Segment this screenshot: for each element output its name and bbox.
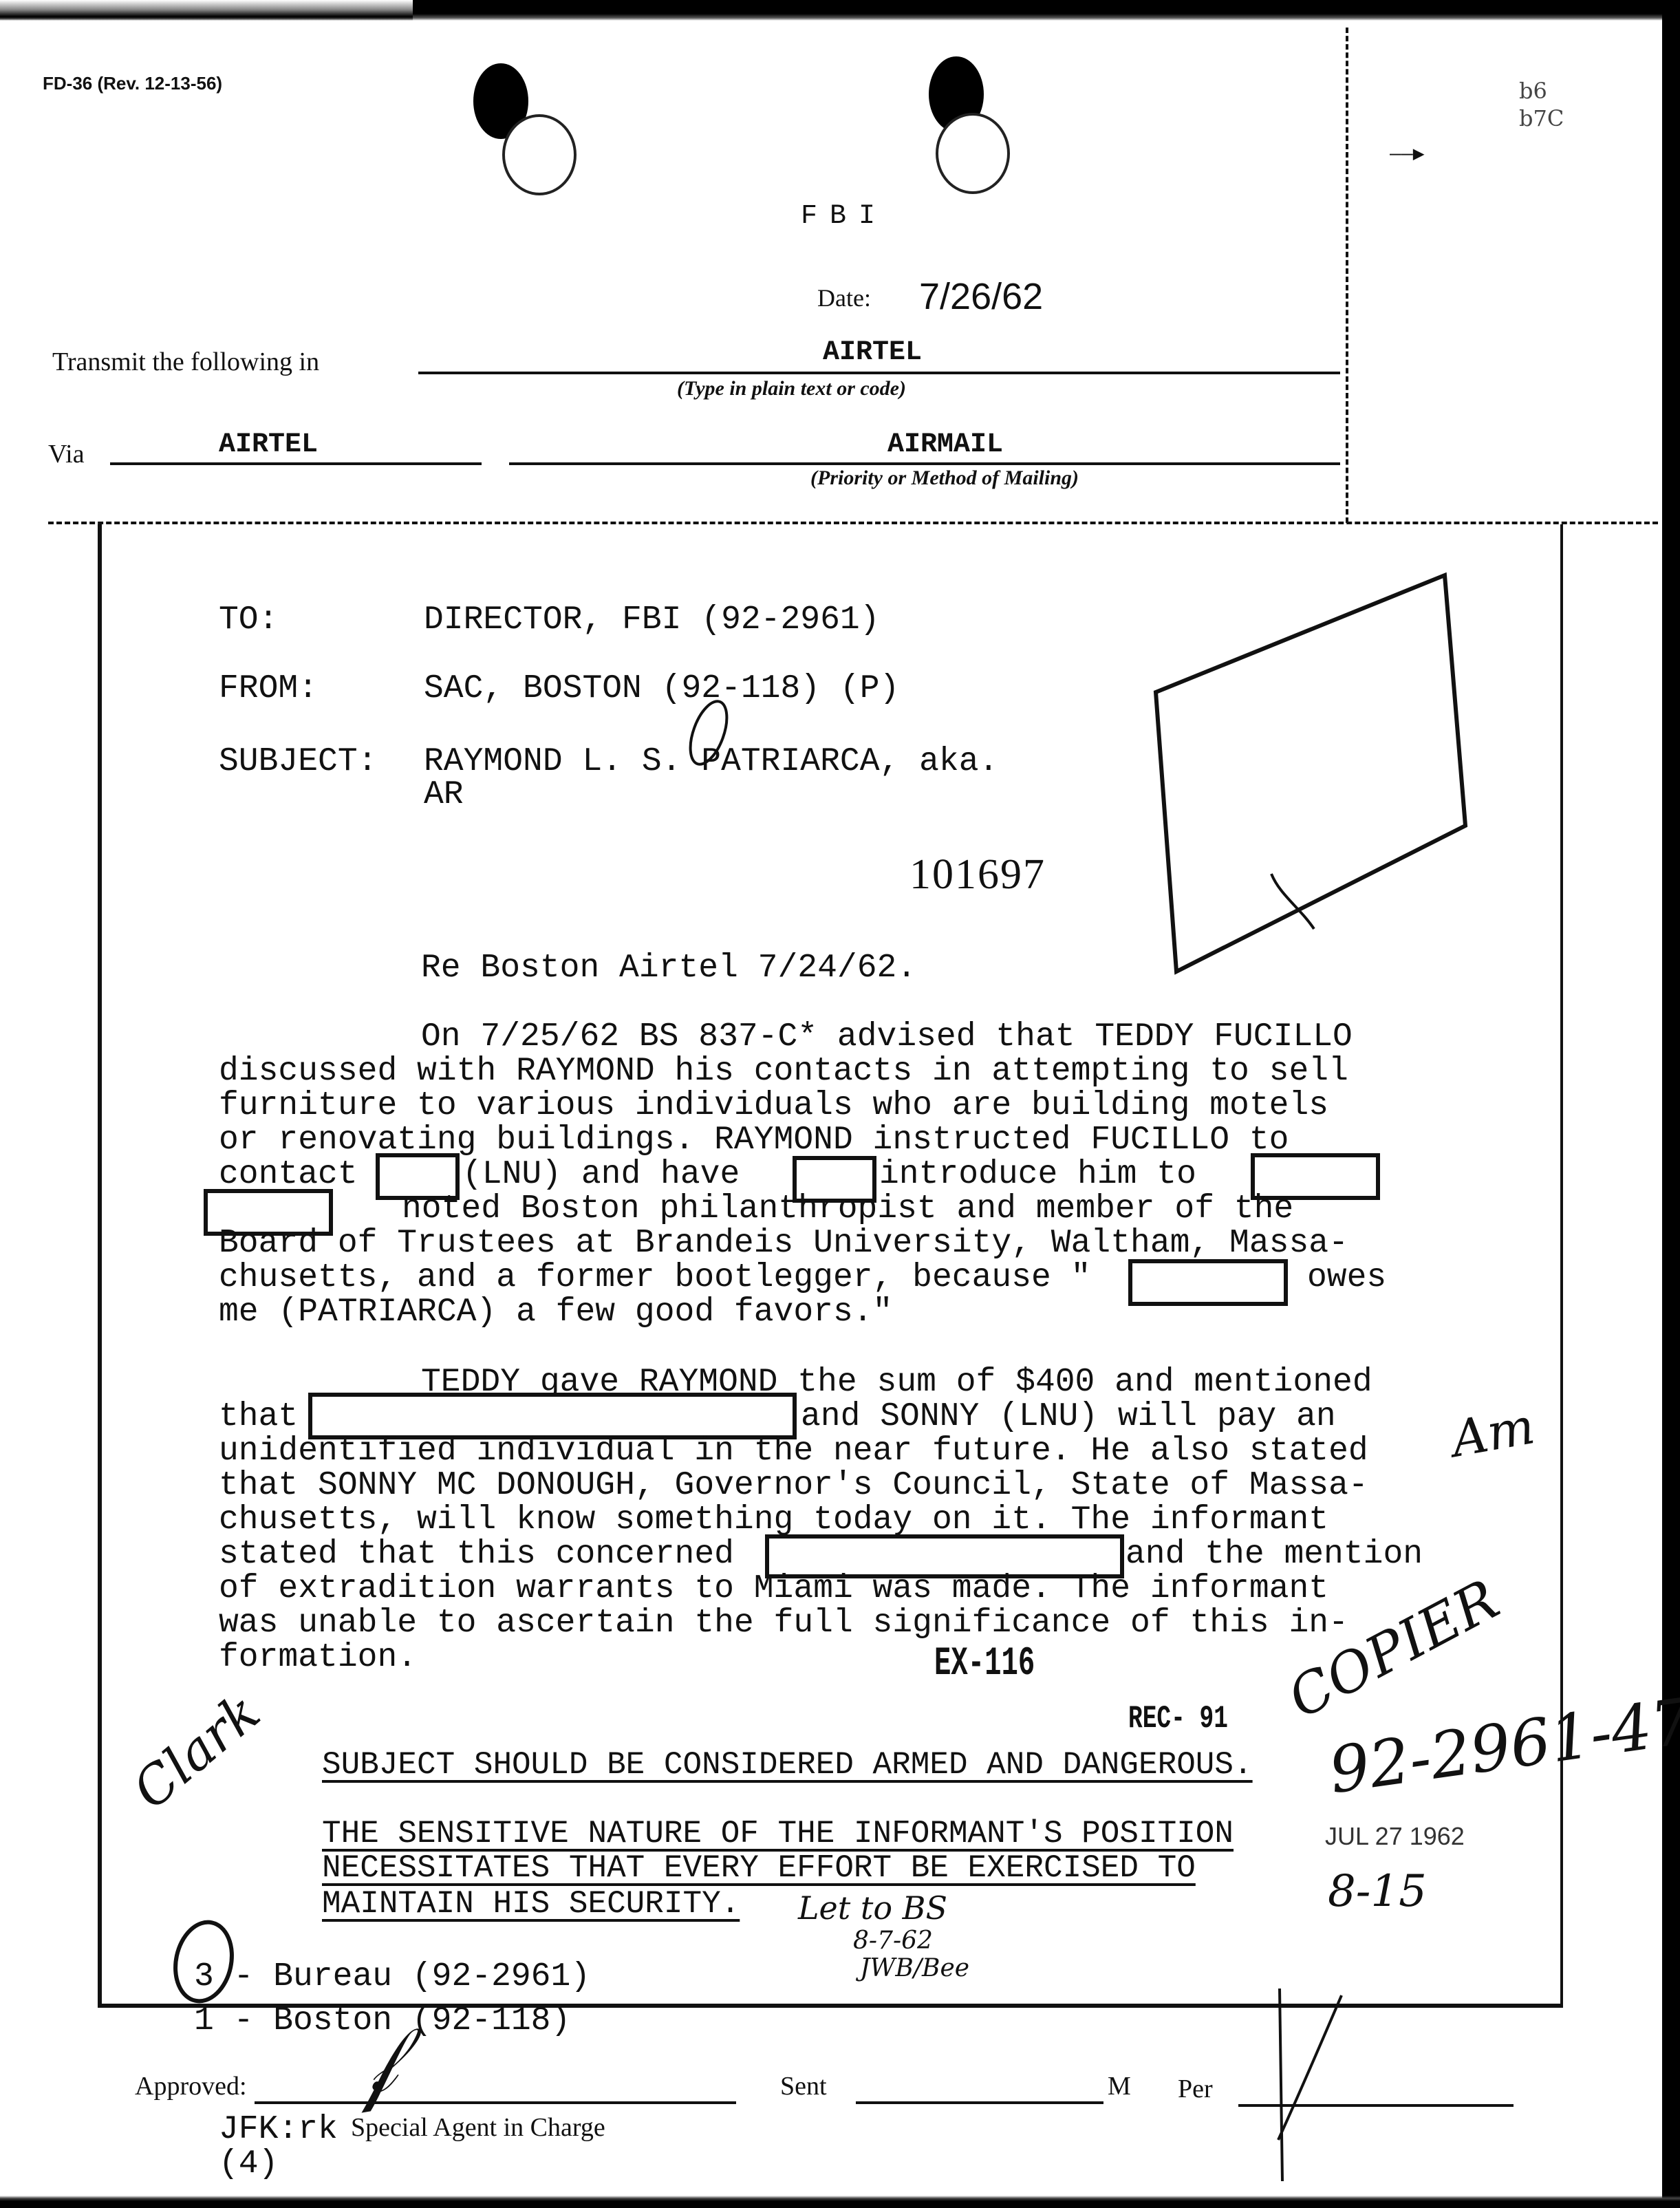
- p2-line-2b: and SONNY (LNU) will pay an: [801, 1400, 1336, 1434]
- punch-hole-ring-icon: [936, 113, 1010, 194]
- handwritten-routing-3: JWB/Bee: [860, 1954, 969, 1982]
- warning-security-line-1: THE SENSITIVE NATURE OF THE INFORMANT'S …: [322, 1816, 1234, 1851]
- p1-line-5c: introduce him to: [879, 1157, 1196, 1192]
- p2-line-2a: that: [219, 1400, 298, 1434]
- approved-signature-line: [255, 2101, 736, 2104]
- p2-line-5: chusetts, will know something today on i…: [219, 1503, 1328, 1537]
- p2-line-4: that SONNY MC DONOUGH, Governor's Counci…: [219, 1468, 1368, 1503]
- p1-line-2: discussed with RAYMOND his contacts in a…: [219, 1054, 1348, 1089]
- punch-hole-ring-icon: [502, 114, 577, 195]
- p1-line-5b: (LNU) and have: [462, 1157, 740, 1192]
- p1-line-8a: chusetts, and a former bootlegger, becau…: [219, 1261, 1090, 1295]
- p2-line-3: unidentified individual in the near futu…: [219, 1434, 1368, 1468]
- to-label: TO:: [219, 603, 278, 637]
- typist-initials: JFK:rk: [219, 2112, 338, 2147]
- transmit-label: Transmit the following in: [52, 347, 319, 377]
- p1-line-5a: contact: [219, 1157, 358, 1192]
- p2-line-7: of extradition warrants to Miami was mad…: [219, 1572, 1328, 1606]
- handwritten-circle-mark: [674, 695, 743, 771]
- date-received-stamp: JUL 27 1962: [1325, 1822, 1465, 1851]
- via-hint: (Priority or Method of Mailing): [810, 467, 1079, 490]
- transmit-line: [418, 372, 1340, 374]
- date-value: 7/26/62: [919, 275, 1043, 318]
- agency-heading: FBI: [801, 201, 887, 232]
- sent-label: Sent: [780, 2071, 827, 2101]
- scan-edge-right: [1662, 0, 1680, 2208]
- warning-security-line-2: NECESSITATES THAT EVERY EFFORT BE EXERCI…: [322, 1851, 1196, 1885]
- via-value: AIRTEL: [219, 429, 318, 460]
- scan-edge-top-left: [0, 0, 413, 21]
- handwritten-routing-2: 8-7-62: [853, 1927, 933, 1955]
- p1-line-4: or renovating buildings. RAYMOND instruc…: [219, 1123, 1289, 1157]
- p1-line-7: Board of Trustees at Brandeis University…: [219, 1226, 1348, 1261]
- p1-line-9: me (PATRIARCA) a few good favors.": [219, 1295, 892, 1329]
- p1-line-6: noted Boston philanthropist and member o…: [402, 1192, 1293, 1226]
- redaction-block: [1128, 1259, 1288, 1306]
- serial-number: 101697: [909, 850, 1046, 899]
- redaction-code: b6 b7C: [1519, 77, 1564, 132]
- date-label: Date:: [817, 283, 871, 312]
- p2-line-6b: and the mention: [1126, 1537, 1423, 1572]
- p2-line-6a: stated that this concerned: [219, 1537, 734, 1572]
- transmit-hint: (Type in plain text or code): [677, 377, 906, 400]
- m-label: M: [1108, 2071, 1131, 2101]
- header-divider-vertical: [1346, 28, 1348, 523]
- via-label: Via: [48, 439, 85, 469]
- distribution-bureau: 3 - Bureau (92-2961): [194, 1960, 590, 1994]
- subject-value-2: AR: [424, 778, 464, 812]
- p2-line-8: was unable to ascertain the full signifi…: [219, 1606, 1348, 1640]
- p1-line-3: furniture to various individuals who are…: [219, 1089, 1328, 1123]
- from-label: FROM:: [219, 672, 318, 706]
- handwritten-routing-1: Let to BS: [798, 1889, 947, 1927]
- p1-line-1: On 7/25/62 BS 837-C* advised that TEDDY …: [421, 1020, 1353, 1054]
- arrow-mark-icon: ——▶: [1390, 142, 1425, 164]
- scan-edge-bottom: [0, 2196, 1680, 2208]
- redaction-stamp-box: [1128, 564, 1472, 977]
- via-method-line: [509, 462, 1340, 465]
- form-code: FD-36 (Rev. 12-13-56): [43, 73, 222, 94]
- copy-count: (4): [219, 2147, 278, 2181]
- rec-stamp: REC- 91: [1128, 1701, 1228, 1737]
- ex-stamp: EX-116: [934, 1642, 1035, 1686]
- sac-label: Special Agent in Charge: [351, 2112, 605, 2143]
- per-signature-mark: [1238, 1982, 1376, 2188]
- warning-armed-dangerous: SUBJECT SHOULD BE CONSIDERED ARMED AND D…: [322, 1748, 1253, 1782]
- reference-line: Re Boston Airtel 7/24/62.: [421, 951, 916, 985]
- approved-label: Approved:: [135, 2071, 247, 2101]
- to-value: DIRECTOR, FBI (92-2961): [424, 603, 880, 637]
- from-value: SAC, BOSTON (92-118) (P): [424, 672, 899, 706]
- p1-line-8b: owes: [1307, 1261, 1386, 1295]
- warning-security-line-3: MAINTAIN HIS SECURITY.: [322, 1887, 740, 1921]
- via-method: AIRMAIL: [887, 429, 1003, 460]
- transmit-value: AIRTEL: [823, 337, 922, 368]
- p2-line-9: formation.: [219, 1640, 417, 1675]
- handwritten-date-note: 8-15: [1328, 1866, 1427, 1917]
- subject-label: SUBJECT:: [219, 744, 377, 779]
- per-label: Per: [1178, 2074, 1213, 2104]
- sent-line: [856, 2101, 1103, 2104]
- via-line: [110, 462, 482, 465]
